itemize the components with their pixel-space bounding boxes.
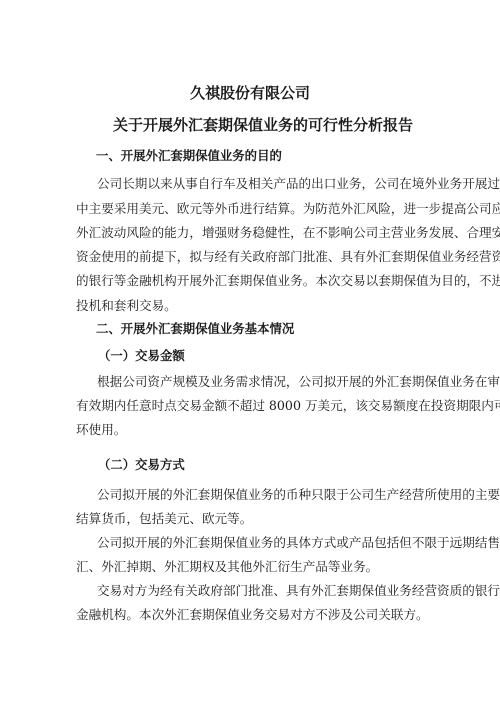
body-line: 环使用。 <box>76 422 126 438</box>
body-line: 根据公司资产规模及业务需求情况，公司拟开展的外汇套期保值业务在审批 <box>97 374 425 390</box>
company-name: 久祺股份有限公司 <box>0 82 500 103</box>
subsection-1-heading: （一）交易金额 <box>98 346 185 364</box>
body-line: 资金使用的前提下，拟与经有关政府部门批准、具有外汇套期保值业务经营资质 <box>76 249 425 265</box>
body-line: 公司拟开展的外汇套期保值业务的币种只限于公司生产经营所使用的主要 <box>97 487 425 503</box>
subsection-2-heading: （二）交易方式 <box>98 455 185 473</box>
body-line: 金融机构。本次外汇套期保值业务交易对方不涉及公司关联方。 <box>76 607 429 623</box>
body-line: 的银行等金融机构开展外汇套期保值业务。本次交易以套期保值为目的，不进行 <box>76 273 425 289</box>
section-2-heading: 二、开展外汇套期保值业务基本情况 <box>96 319 294 337</box>
body-line: 有效期内任意时点交易金额不超过 8000 万美元，该交易额度在投资期限内可循 <box>76 398 425 414</box>
body-line: 公司长期以来从事自行车及相关产品的出口业务，公司在境外业务开展过程 <box>97 176 425 192</box>
document-page: 久祺股份有限公司 关于开展外汇套期保值业务的可行性分析报告 一、开展外汇套期保值… <box>0 0 500 707</box>
body-line: 结算货币，包括美元、欧元等。 <box>76 511 252 527</box>
body-line: 外汇波动风险的能力，增强财务稳健性，在不影响公司主营业务发展、合理安排 <box>76 225 425 241</box>
body-line: 汇、外汇掉期、外汇期权及其他外汇衍生产品等业务。 <box>76 559 378 575</box>
body-line: 投机和套利交易。 <box>76 298 177 314</box>
body-line: 公司拟开展的外汇套期保值业务的具体方式或产品包括但不限于远期结售 <box>97 535 425 551</box>
body-line: 交易对方为经有关政府部门批准、具有外汇套期保值业务经营资质的银行等 <box>97 583 425 599</box>
report-title: 关于开展外汇套期保值业务的可行性分析报告 <box>0 114 500 135</box>
body-line: 中主要采用美元、欧元等外币进行结算。为防范外汇风险，进一步提高公司应对 <box>76 201 425 217</box>
section-1-heading: 一、开展外汇套期保值业务的目的 <box>96 146 282 164</box>
